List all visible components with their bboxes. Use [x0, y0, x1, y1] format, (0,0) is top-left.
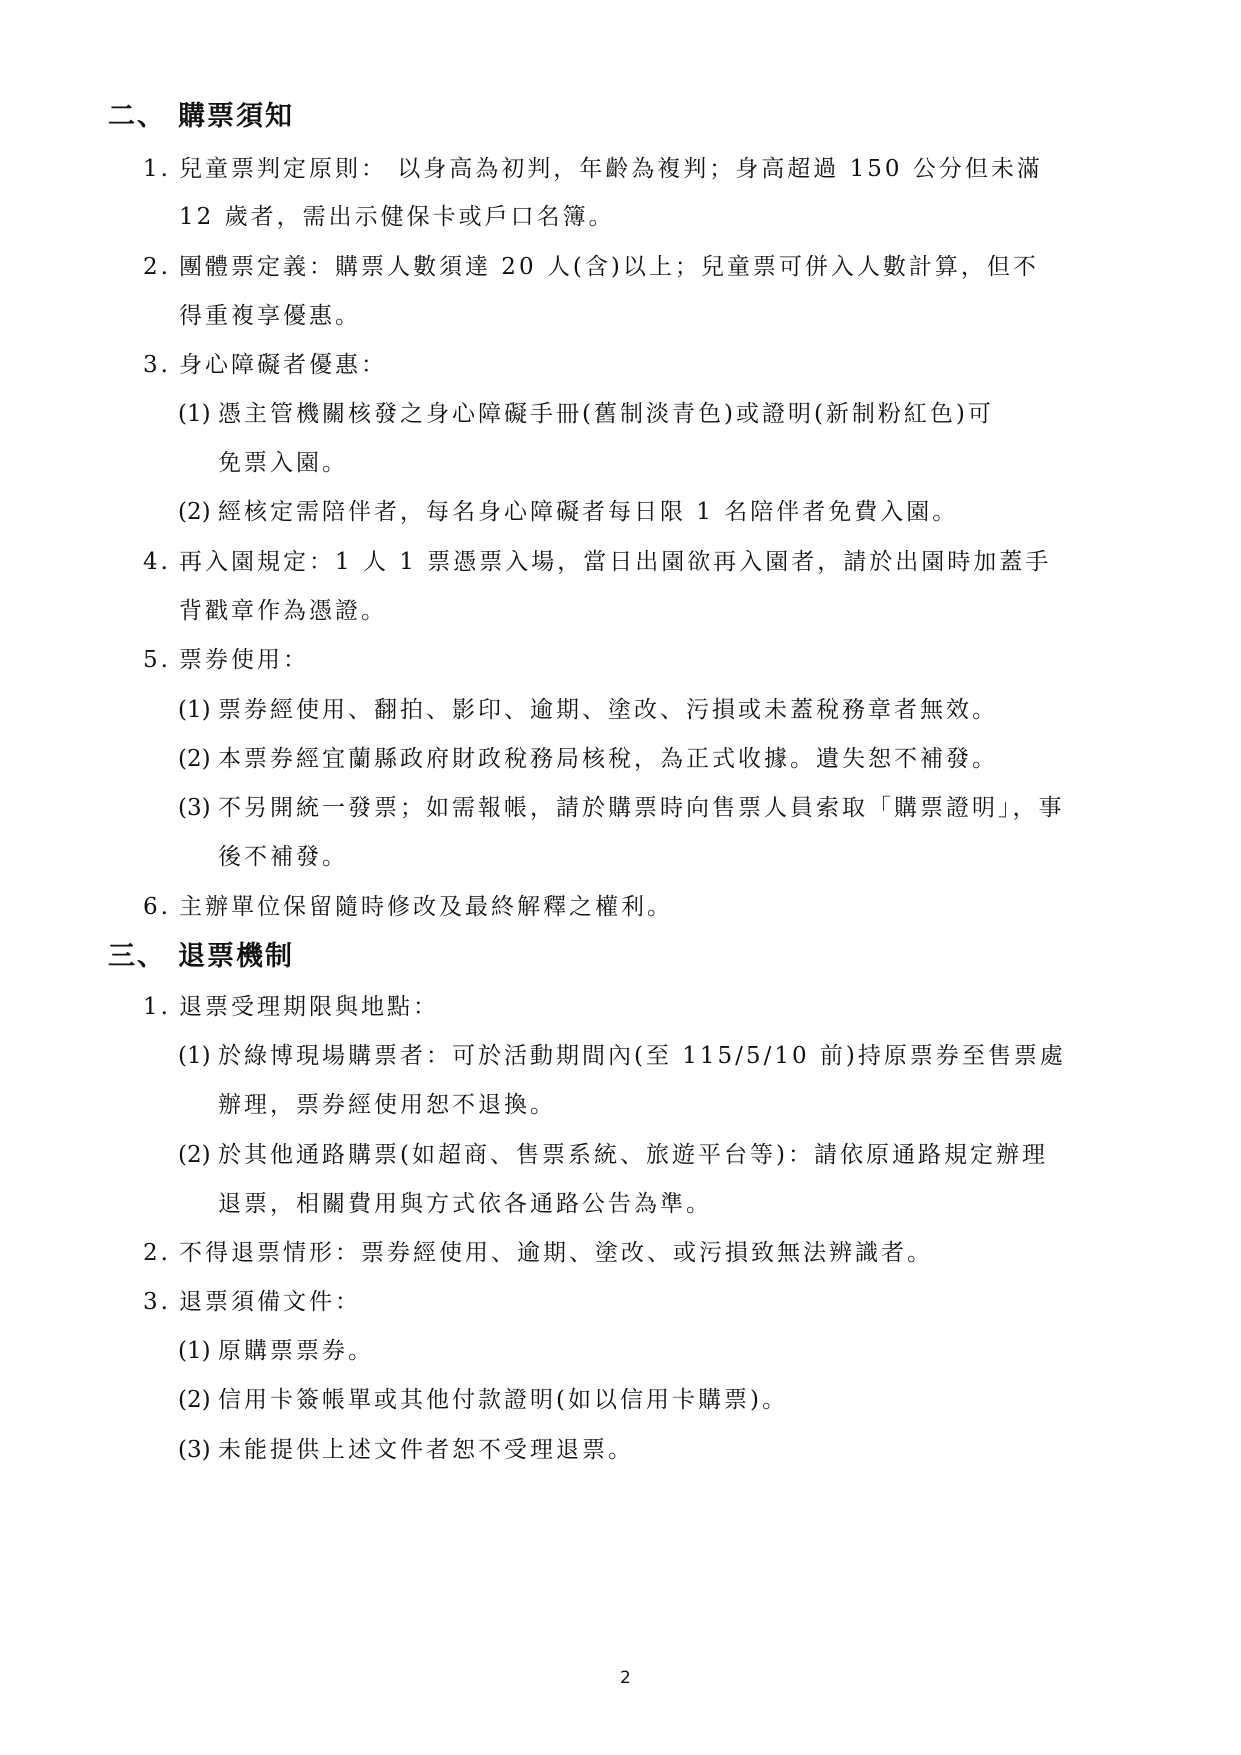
sub-item-text: 退票，相關費用與方式依各通路公告為準。	[218, 1191, 712, 1217]
list-item-non-refundable: 2.不得退票情形：票券經使用、逾期、塗改、或污損致無法辨識者。	[143, 1234, 933, 1267]
sub-item-text: 本票券經宜蘭縣政府財政稅務局核稅，為正式收據。遺失恕不補發。	[218, 746, 998, 772]
item-number: 6.	[143, 894, 179, 920]
section-heading-ticket-info: 二、購票須知	[108, 94, 294, 133]
item-number: 3.	[143, 352, 179, 378]
sub-item-text: 憑主管機關核發之身心障礙手冊(舊制淡青色)或證明(新制粉紅色)可	[218, 401, 994, 427]
sub-item-number: (2)	[178, 1387, 218, 1413]
item-number: 2.	[143, 1240, 179, 1266]
section-title: 購票須知	[178, 101, 294, 132]
sub-item-number: (1)	[178, 1338, 218, 1364]
list-item-continuation: 12 歲者，需出示健保卡或戶口名簿。	[179, 198, 615, 231]
item-text: 不得退票情形：票券經使用、逾期、塗改、或污損致無法辨識者。	[179, 1240, 933, 1266]
sub-item-missing-documents: (3)未能提供上述文件者恕不受理退票。	[178, 1431, 634, 1464]
list-item-organizer-rights: 6.主辦單位保留隨時修改及最終解釋之權利。	[143, 888, 673, 921]
sub-item-number: (1)	[178, 1043, 218, 1069]
sub-item-continuation: 退票，相關費用與方式依各通路公告為準。	[218, 1185, 712, 1218]
item-number: 5.	[143, 647, 179, 673]
sub-item-continuation: 辦理，票券經使用恕不退換。	[218, 1086, 556, 1119]
sub-item-number: (1)	[178, 401, 218, 427]
sub-item-number: (3)	[178, 1437, 218, 1463]
sub-item-text: 信用卡簽帳單或其他付款證明(如以信用卡購票)。	[218, 1387, 788, 1413]
list-item-child-ticket-rule: 1.兒童票判定原則： 以身高為初判，年齡為複判；身高超過 150 公分但未滿	[143, 150, 1043, 183]
sub-item-text: 後不補發。	[218, 844, 348, 870]
item-number: 3.	[143, 1289, 179, 1315]
list-item-continuation: 得重複享優惠。	[179, 297, 361, 330]
sub-item-text: 不另開統一發票；如需報帳，請於購票時向售票人員索取「購票證明」，事	[218, 795, 1065, 821]
sub-item-onsite-refund: (1)於綠博現場購票者：可於活動期間內(至 115/5/10 前)持原票券至售票…	[178, 1037, 1066, 1070]
item-text: 主辦單位保留隨時修改及最終解釋之權利。	[179, 894, 673, 920]
sub-item-text: 未能提供上述文件者恕不受理退票。	[218, 1437, 634, 1463]
list-item-continuation: 背戳章作為憑證。	[179, 592, 387, 625]
list-item-required-documents: 3.退票須備文件：	[143, 1283, 361, 1316]
sub-item-number: (2)	[178, 746, 218, 772]
sub-item-text: 於綠博現場購票者：可於活動期間內(至 115/5/10 前)持原票券至售票處	[218, 1043, 1066, 1069]
sub-item-invalid-ticket: (1)票券經使用、翻拍、影印、逾期、塗改、污損或未蓋稅務章者無效。	[178, 691, 998, 724]
sub-item-text: 票券經使用、翻拍、影印、逾期、塗改、污損或未蓋稅務章者無效。	[218, 697, 998, 723]
list-item-disability-discount: 3.身心障礙者優惠：	[143, 346, 387, 379]
sub-item-number: (2)	[178, 499, 218, 525]
sub-item-tax-receipt: (2)本票券經宜蘭縣政府財政稅務局核稅，為正式收據。遺失恕不補發。	[178, 740, 998, 773]
document-page: 二、購票須知 1.兒童票判定原則： 以身高為初判，年齡為複判；身高超過 150 …	[0, 0, 1241, 1755]
sub-item-text: 免票入園。	[218, 450, 348, 476]
item-text: 12 歲者，需出示健保卡或戶口名簿。	[179, 204, 615, 230]
list-item-group-ticket: 2.團體票定義：購票人數須達 20 人(含)以上；兒童票可併入人數計算，但不	[143, 248, 1039, 281]
item-text: 兒童票判定原則： 以身高為初判，年齡為複判；身高超過 150 公分但未滿	[179, 156, 1043, 182]
sub-item-other-channel-refund: (2)於其他通路購票(如超商、售票系統、旅遊平台等)：請依原通路規定辦理	[178, 1136, 1048, 1169]
sub-item-continuation: 免票入園。	[218, 444, 348, 477]
sub-item-number: (3)	[178, 795, 218, 821]
sub-item-number: (1)	[178, 697, 218, 723]
item-number: 1.	[143, 994, 179, 1020]
item-text: 得重複享優惠。	[179, 303, 361, 329]
sub-item-payment-proof: (2)信用卡簽帳單或其他付款證明(如以信用卡購票)。	[178, 1381, 788, 1414]
item-number: 4.	[143, 549, 179, 575]
item-text: 退票受理期限與地點：	[179, 994, 439, 1020]
list-item-reentry-rule: 4.再入園規定：1 人 1 票憑票入場，當日出園欲再入園者，請於出園時加蓋手	[143, 543, 1051, 576]
section-number: 二、	[108, 94, 178, 133]
page-number: 2	[620, 1668, 631, 1688]
section-number: 三、	[108, 934, 178, 973]
item-text: 退票須備文件：	[179, 1289, 361, 1315]
section-heading-refund-policy: 三、退票機制	[108, 934, 294, 973]
item-text: 團體票定義：購票人數須達 20 人(含)以上；兒童票可併入人數計算，但不	[179, 254, 1039, 280]
sub-item-text: 原購票票券。	[218, 1338, 374, 1364]
sub-item-text: 辦理，票券經使用恕不退換。	[218, 1092, 556, 1118]
sub-item-companion: (2)經核定需陪伴者，每名身心障礙者每日限 1 名陪伴者免費入園。	[178, 493, 958, 526]
sub-item-continuation: 後不補發。	[218, 838, 348, 871]
item-number: 2.	[143, 254, 179, 280]
list-item-refund-deadline: 1.退票受理期限與地點：	[143, 988, 439, 1021]
item-text: 身心障礙者優惠：	[179, 352, 387, 378]
sub-item-original-ticket: (1)原購票票券。	[178, 1332, 374, 1365]
section-title: 退票機制	[178, 941, 294, 972]
sub-item-number: (2)	[178, 1142, 218, 1168]
sub-item-text: 經核定需陪伴者，每名身心障礙者每日限 1 名陪伴者免費入園。	[218, 499, 958, 525]
item-text: 背戳章作為憑證。	[179, 598, 387, 624]
item-text: 票券使用：	[179, 647, 309, 673]
list-item-ticket-usage: 5.票券使用：	[143, 641, 309, 674]
sub-item-no-invoice: (3)不另開統一發票；如需報帳，請於購票時向售票人員索取「購票證明」，事	[178, 789, 1065, 822]
sub-item-text: 於其他通路購票(如超商、售票系統、旅遊平台等)：請依原通路規定辦理	[218, 1142, 1048, 1168]
sub-item-disability-handbook: (1)憑主管機關核發之身心障礙手冊(舊制淡青色)或證明(新制粉紅色)可	[178, 395, 994, 428]
item-number: 1.	[143, 156, 179, 182]
item-text: 再入園規定：1 人 1 票憑票入場，當日出園欲再入園者，請於出園時加蓋手	[179, 549, 1051, 575]
